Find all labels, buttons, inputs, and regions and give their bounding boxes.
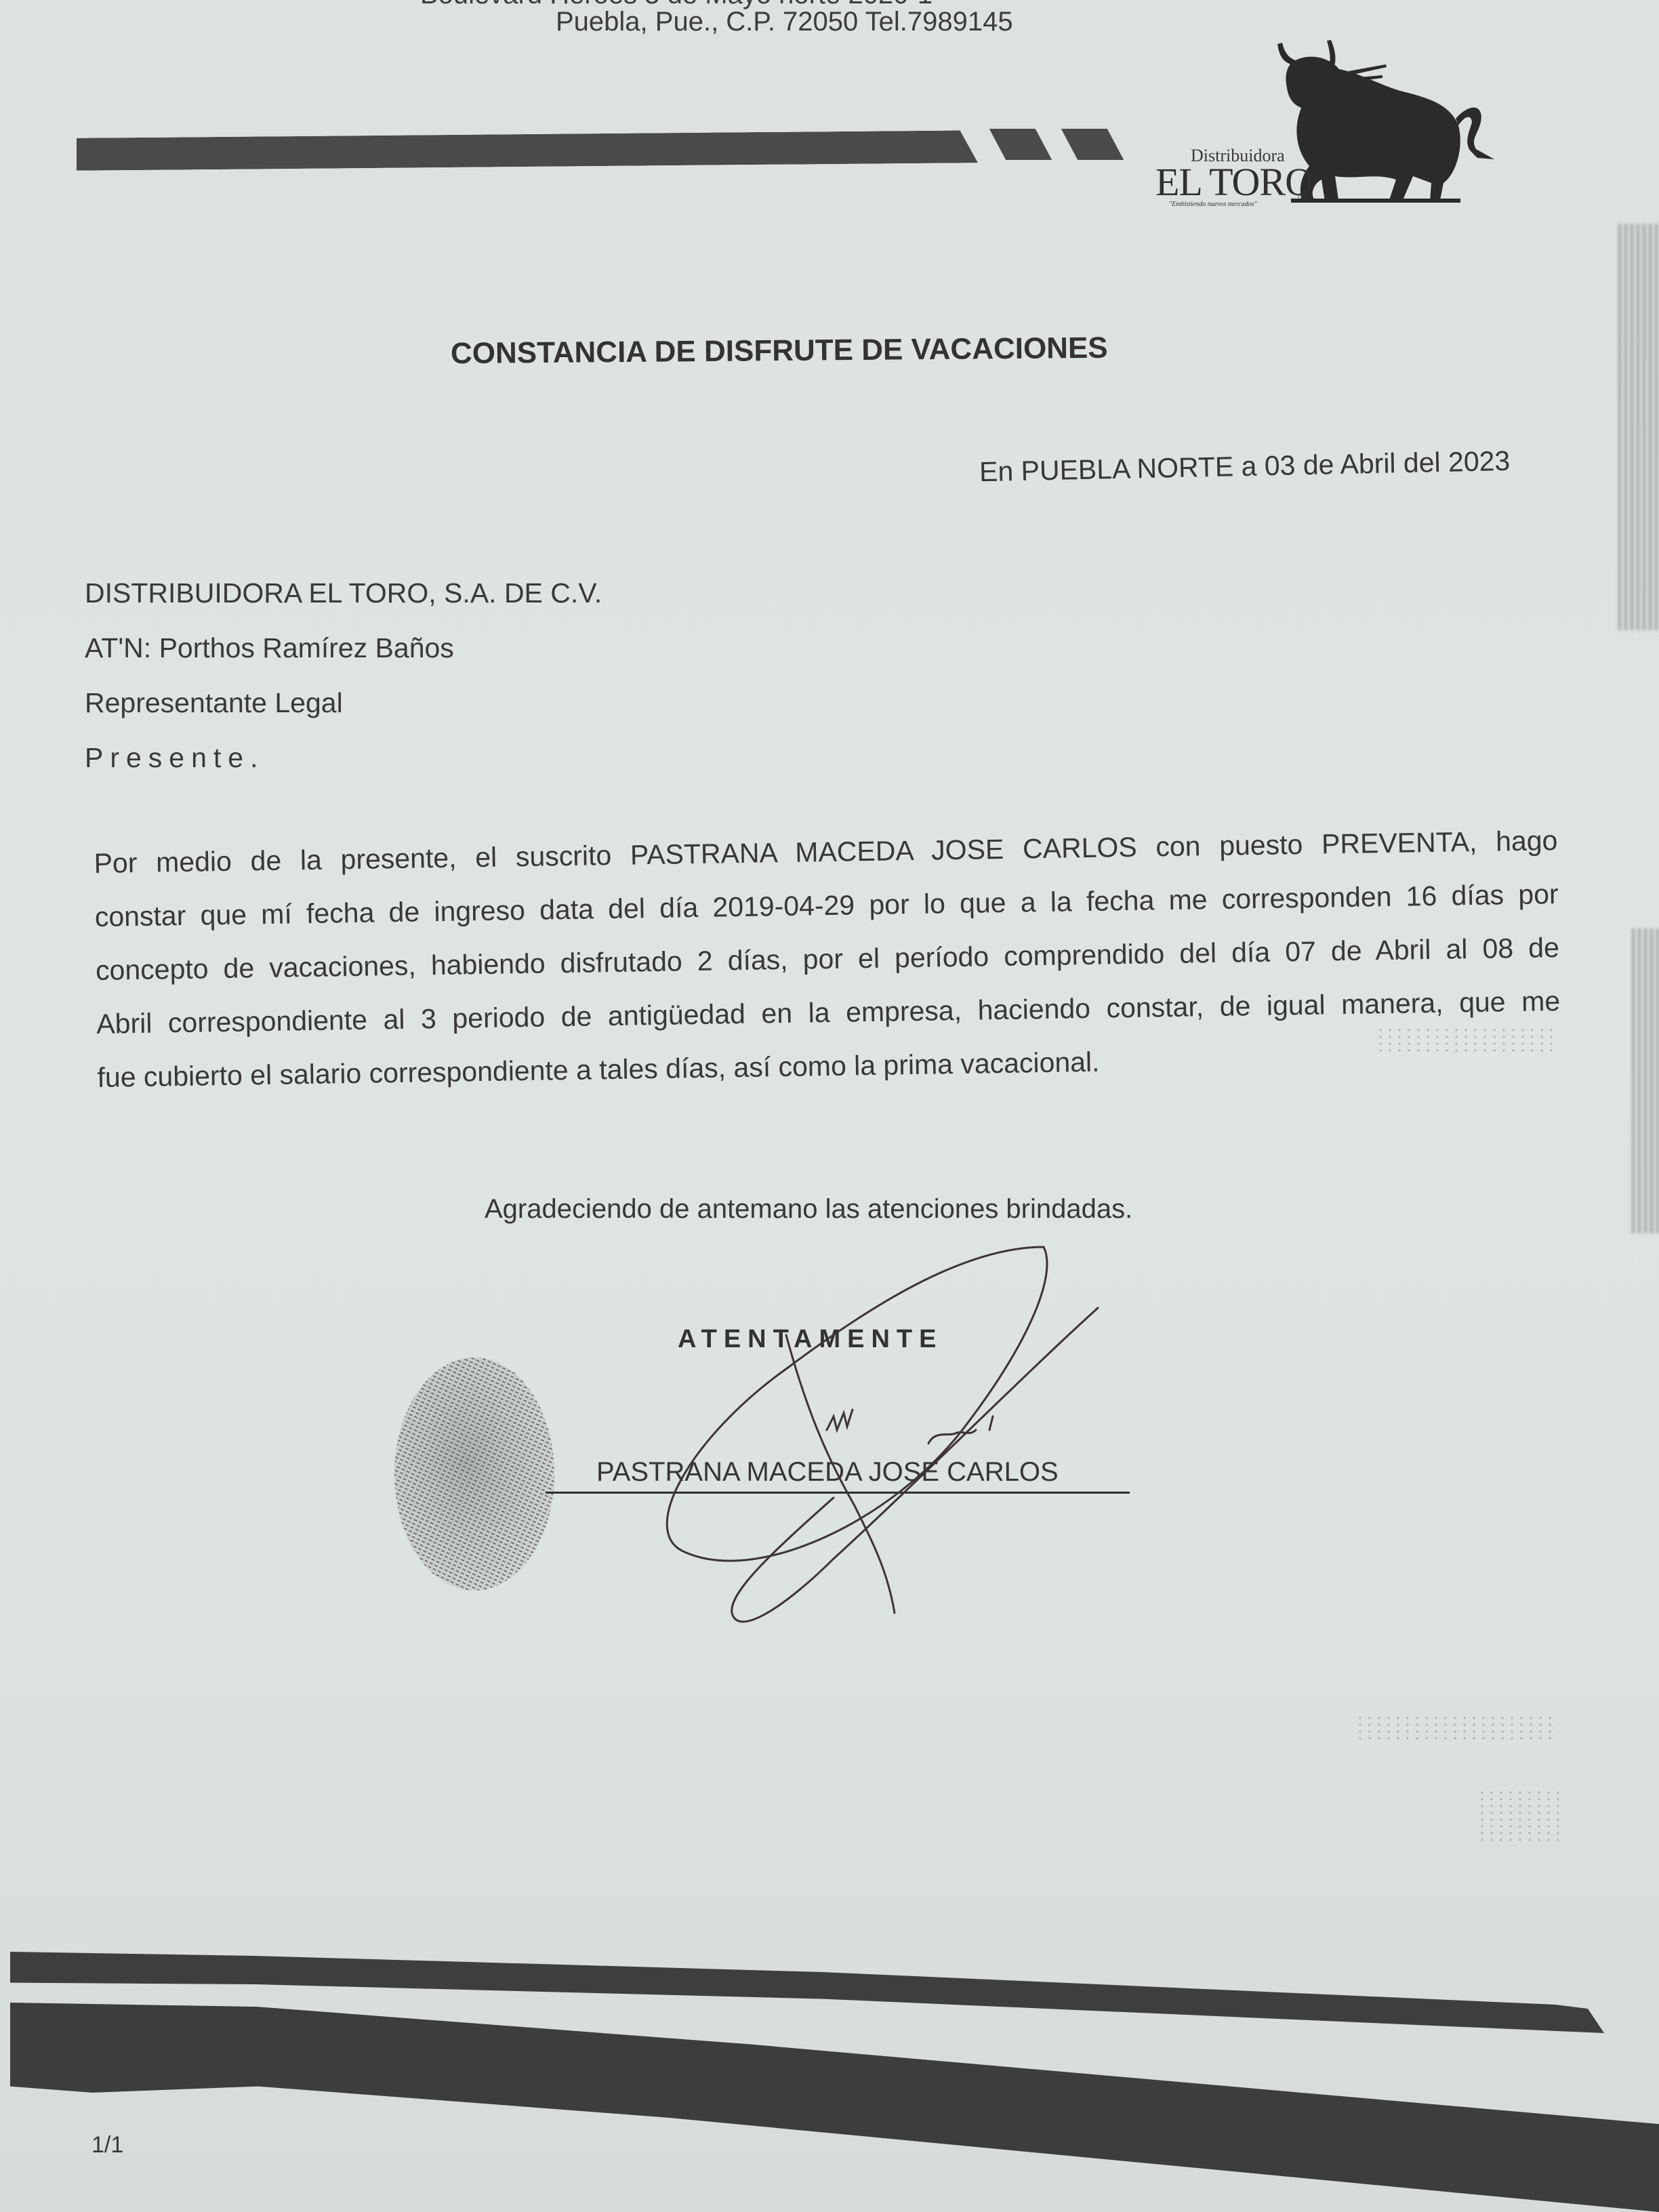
header-decorative-bar <box>77 130 978 171</box>
header-dash-1 <box>989 129 1052 160</box>
addressee-greeting: Presente. <box>85 731 602 785</box>
logo-tagline: "Embistiendo nuevos mercados" <box>1169 201 1257 208</box>
scan-speckle <box>1355 1715 1559 1742</box>
letterhead-address-line-2: Puebla, Pue., C.P. 72050 Tel.7989145 <box>556 7 1013 37</box>
scan-edge-noise <box>1618 224 1659 630</box>
scan-speckle <box>1376 1027 1552 1054</box>
document-title: CONSTANCIA DE DISFRUTE DE VACACIONES <box>451 331 1108 371</box>
addressee-block: DISTRIBUIDORA EL TORO, S.A. DE C.V. AT'N… <box>85 566 602 785</box>
document-page: Boulevard Heroes 5 de Mayo norte 2020-1 … <box>0 0 1659 2212</box>
logo-name: EL TORO <box>1155 159 1313 205</box>
page-number: 1/1 <box>91 2132 123 2158</box>
addressee-attention: AT'N: Porthos Ramírez Baños <box>85 621 602 676</box>
sign-off: ATENTAMENTE <box>678 1325 943 1354</box>
scan-edge-noise <box>1632 928 1659 1233</box>
signer-name: PASTRANA MACEDA JOSE CARLOS <box>596 1457 1059 1488</box>
header-dash-2 <box>1061 129 1124 160</box>
closing-text: Agradeciendo de antemano las atenciones … <box>485 1194 1132 1225</box>
logo-registered-mark: ® <box>1298 190 1307 204</box>
addressee-company: DISTRIBUIDORA EL TORO, S.A. DE C.V. <box>85 566 602 621</box>
handwritten-signature <box>610 1233 1139 1640</box>
fingerprint-icon <box>390 1353 559 1594</box>
footer-decorative-bar-2 <box>10 2003 1659 2212</box>
body-paragraph: Por medio de la presente, el suscrito PA… <box>94 814 1561 1105</box>
scan-speckle <box>1477 1789 1559 1843</box>
addressee-role: Representante Legal <box>85 676 602 731</box>
place-date: En PUEBLA NORTE a 03 de Abril del 2023 <box>979 445 1511 488</box>
signature-line <box>546 1492 1130 1494</box>
